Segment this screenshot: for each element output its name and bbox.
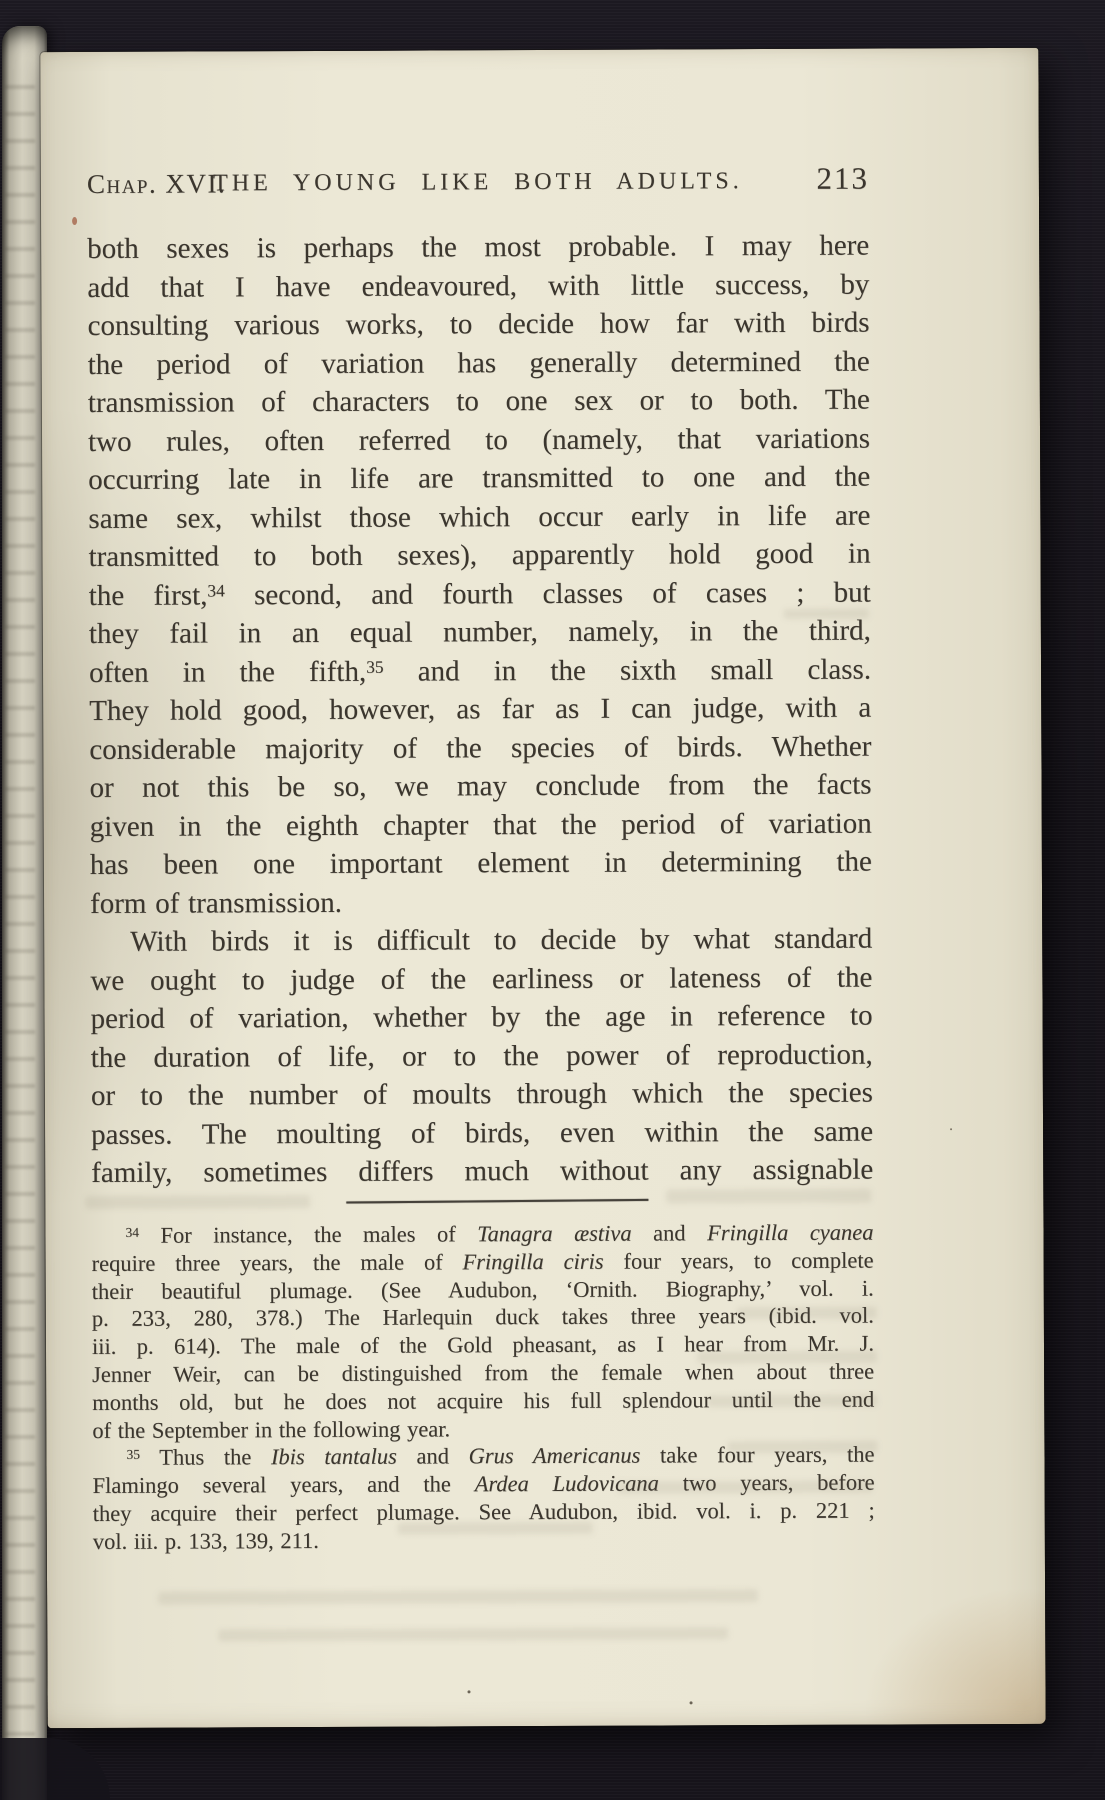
footnote-separator-rule (346, 1199, 648, 1204)
facing-page-ghost-text (5, 71, 35, 1751)
text-line: p. 233, 280, 378.) The Harlequin duck ta… (92, 1302, 874, 1333)
text-line: we ought to judge of the earliness or la… (90, 958, 872, 1000)
text-line: the first,34 second, and fourth classes … (89, 573, 871, 615)
ghost-text-smudge (85, 1195, 310, 1209)
text-line: or not this be so, we may conclude from … (89, 766, 871, 808)
text-line: they fail in an equal number, namely, in… (89, 612, 871, 654)
text-line: family, sometimes differs much without a… (91, 1151, 873, 1193)
main-text-block: both sexes is perhaps the most probable.… (87, 227, 873, 1193)
text-line: both sexes is perhaps the most probable.… (87, 227, 869, 269)
text-line: period of variation, whether by the age … (90, 997, 872, 1039)
text-line: add that I have endeavoured, with little… (87, 265, 869, 307)
text-line: same sex, whilst those which occur early… (88, 496, 870, 538)
footnote-34: 34 For instance, the males of Tanagra æs… (91, 1219, 874, 1445)
text-line: Jenner Weir, can be distinguished from t… (92, 1358, 874, 1389)
running-header-chapter: Chap. XVI. (87, 168, 226, 200)
book-page: Chap. XVI. THE YOUNG LIKE BOTH ADULTS. 2… (40, 48, 1045, 1728)
text-line: passes. The moulting of birds, even with… (91, 1112, 873, 1154)
text-line: transmitted to both sexes), apparently h… (88, 535, 870, 577)
text-line: require three years, the male of Fringil… (92, 1246, 874, 1277)
dust-speck (690, 1701, 693, 1704)
running-header: Chap. XVI. THE YOUNG LIKE BOTH ADULTS. 2… (87, 159, 869, 202)
text-line: has been one important element in determ… (90, 843, 872, 885)
text-line: 34 For instance, the males of Tanagra æs… (91, 1219, 873, 1250)
text-line: transmission of characters to one sex or… (88, 381, 870, 423)
text-line: their beautiful plumage. (See Audubon, ‘… (92, 1274, 874, 1305)
text-line: the duration of life, or to the power of… (91, 1035, 873, 1077)
footnote-35: 35 Thus the Ibis tantalus and Grus Ameri… (92, 1441, 874, 1556)
ghost-text-smudge (158, 1589, 758, 1605)
dust-speck (468, 1690, 471, 1693)
text-line: of the September in the following year. (92, 1413, 874, 1444)
text-line: Flamingo several years, and the Ardea Lu… (93, 1469, 875, 1500)
running-header-title: THE YOUNG LIKE BOTH ADULTS. (213, 168, 743, 197)
text-line: They hold good, however, as far as I can… (89, 689, 871, 731)
page-content: Chap. XVI. THE YOUNG LIKE BOTH ADULTS. 2… (86, 49, 875, 1728)
dust-speck (72, 217, 77, 225)
text-line: they acquire their perfect plumage. See … (93, 1497, 875, 1528)
text-line: the period of variation has generally de… (88, 342, 870, 384)
text-line: form of transmission. (90, 881, 872, 923)
text-line: consulting various works, to decide how … (87, 304, 869, 346)
text-line: months old, but he does not acquire his … (92, 1385, 874, 1416)
text-line: With birds it is difficult to decide by … (90, 920, 872, 962)
text-line: or to the number of moults through which… (91, 1074, 873, 1116)
text-line: considerable majority of the species of … (89, 727, 871, 769)
book-scan-background: Chap. XVI. THE YOUNG LIKE BOTH ADULTS. 2… (0, 0, 1105, 1800)
bottom-left-shadow (0, 1738, 110, 1800)
text-line: 35 Thus the Ibis tantalus and Grus Ameri… (92, 1441, 874, 1472)
dust-speck (950, 1128, 952, 1130)
ghost-text-smudge (218, 1627, 728, 1641)
text-line: two rules, often referred to (namely, th… (88, 419, 870, 461)
text-line: iii. p. 614). The male of the Gold pheas… (92, 1330, 874, 1361)
text-line: often in the fifth,35 and in the sixth s… (89, 650, 871, 692)
paragraph-continuation: both sexes is perhaps the most probable.… (87, 227, 872, 923)
page-number: 213 (816, 161, 869, 197)
text-line: given in the eighth chapter that the per… (90, 804, 872, 846)
footnotes-block: 34 For instance, the males of Tanagra æs… (91, 1219, 874, 1556)
text-line: vol. iii. p. 133, 139, 211. (93, 1524, 875, 1555)
ghost-text-smudge (666, 1189, 871, 1204)
paragraph-with-birds: With birds it is difficult to decide by … (90, 920, 873, 1193)
text-line: occurring late in life are transmitted t… (88, 458, 870, 500)
facing-page-edge (2, 26, 47, 1800)
